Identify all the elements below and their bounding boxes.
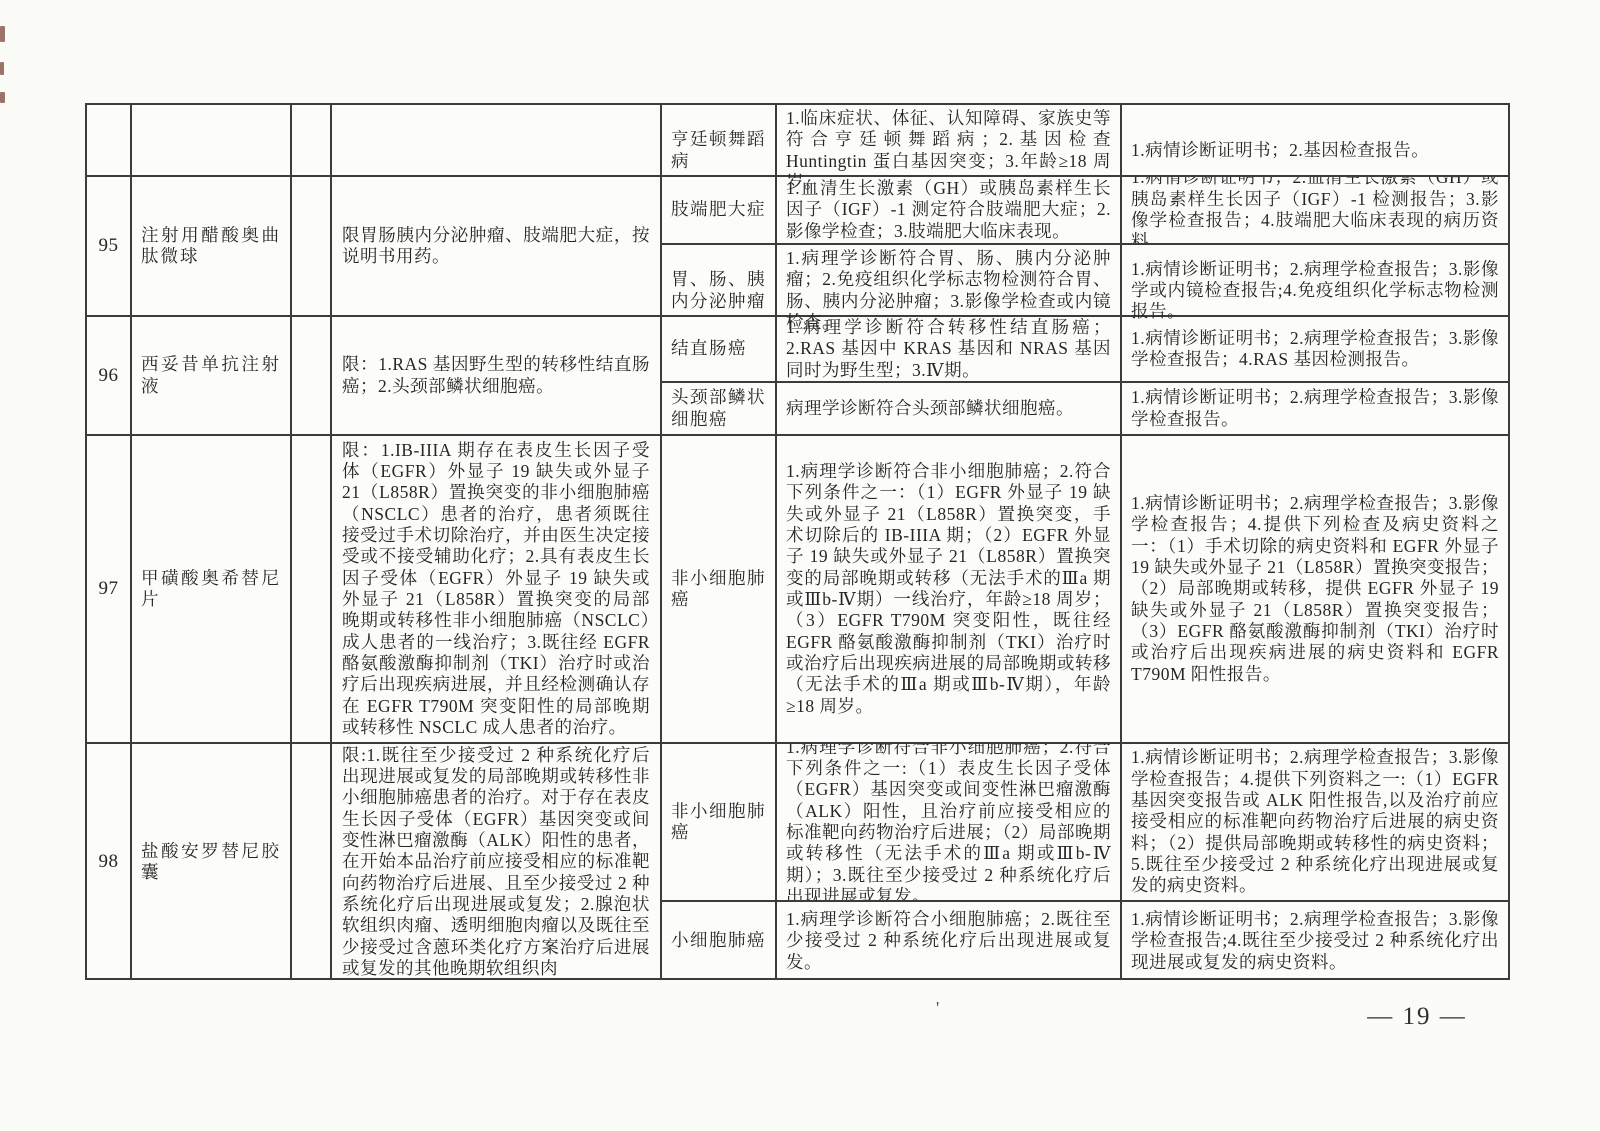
cell-empty bbox=[292, 744, 332, 980]
subrow: 非小细胞肺癌 1.病理学诊断符合非小细胞肺癌；2.符合下列条件之一：（1）EGF… bbox=[662, 436, 1508, 742]
cell-documents: 1.病情诊断证明书；2.病理学检查报告；3.影像学检查报告；4.提供下列资料之一… bbox=[1122, 744, 1508, 900]
cell-drug-name: 甲磺酸奥希替尼片 bbox=[132, 436, 292, 742]
cell-documents: 1.病情诊断证明书；2.病理学检查报告；3.影像学检查报告;4.既往至少接受过 … bbox=[1122, 902, 1508, 980]
subrow: 肢端肥大症 1.血清生长激素（GH）或胰岛素样生长因子（IGF）-1 测定符合肢… bbox=[662, 177, 1508, 245]
cell-documents: 1.病情诊断证明书；2.病理学检查报告；3.影像学检查报告。 bbox=[1122, 383, 1508, 434]
cell-empty bbox=[292, 177, 332, 315]
cell-index: 95 bbox=[87, 177, 132, 315]
subrow-group: 非小细胞肺癌 1.病理学诊断符合非小细胞肺癌；2.符合下列条件之一：（1）EGF… bbox=[662, 436, 1508, 742]
drug-reimbursement-table: 亨廷顿舞蹈病 1.临床症状、体征、认知障碍、家族史等符合亨廷顿舞蹈病；2.基因检… bbox=[85, 103, 1510, 980]
table-row-huntington: 亨廷顿舞蹈病 1.临床症状、体征、认知障碍、家族史等符合亨廷顿舞蹈病；2.基因检… bbox=[87, 105, 1508, 177]
cell-criteria: 1.血清生长激素（GH）或胰岛素样生长因子（IGF）-1 测定符合肢端肥大症；2… bbox=[777, 177, 1122, 243]
cell-empty bbox=[292, 317, 332, 434]
cell-drug-name: 盐酸安罗替尼胶囊 bbox=[132, 744, 292, 980]
scan-artifact bbox=[0, 62, 4, 75]
cell-disease: 结直肠癌 bbox=[662, 317, 777, 381]
cell-index: 96 bbox=[87, 317, 132, 434]
cell-criteria: 1.病理学诊断符合非小细胞肺癌；2.符合下列条件之一:（1）表皮生长因子受体（E… bbox=[777, 744, 1122, 900]
cell-restriction: 限：1.IB-IIIA 期存在表皮生长因子受体（EGFR）外显子 19 缺失或外… bbox=[332, 436, 662, 742]
subrow: 结直肠癌 1.病理学诊断符合转移性结直肠癌；2.RAS 基因中 KRAS 基因和… bbox=[662, 317, 1508, 383]
subrow: 小细胞肺癌 1.病理学诊断符合小细胞肺癌；2.既往至少接受过 2 种系统化疗后出… bbox=[662, 902, 1508, 980]
cell-drug-name: 注射用醋酸奥曲肽微球 bbox=[132, 177, 292, 315]
cell-disease: 非小细胞肺癌 bbox=[662, 744, 777, 900]
subrow: 非小细胞肺癌 1.病理学诊断符合非小细胞肺癌；2.符合下列条件之一:（1）表皮生… bbox=[662, 744, 1508, 902]
cell-criteria: 1.病理学诊断符合转移性结直肠癌；2.RAS 基因中 KRAS 基因和 NRAS… bbox=[777, 317, 1122, 381]
cell-criteria: 病理学诊断符合头颈部鳞状细胞癌。 bbox=[777, 383, 1122, 434]
subrow: 头颈部鳞状细胞癌 病理学诊断符合头颈部鳞状细胞癌。 1.病情诊断证明书；2.病理… bbox=[662, 383, 1508, 434]
table-row-98: 98 盐酸安罗替尼胶囊 限:1.既往至少接受过 2 种系统化疗后出现进展或复发的… bbox=[87, 744, 1508, 980]
subrow-group: 结直肠癌 1.病理学诊断符合转移性结直肠癌；2.RAS 基因中 KRAS 基因和… bbox=[662, 317, 1508, 434]
cell-index: 97 bbox=[87, 436, 132, 742]
cell-disease: 头颈部鳞状细胞癌 bbox=[662, 383, 777, 434]
subrow-group: 亨廷顿舞蹈病 1.临床症状、体征、认知障碍、家族史等符合亨廷顿舞蹈病；2.基因检… bbox=[662, 105, 1508, 175]
scan-artifact bbox=[0, 92, 5, 103]
scan-artifact bbox=[0, 26, 5, 42]
cell-index bbox=[87, 105, 132, 175]
table-row-96: 96 西妥昔单抗注射液 限：1.RAS 基因野生型的转移性结直肠癌；2.头颈部鳞… bbox=[87, 317, 1508, 436]
scanned-page: 亨廷顿舞蹈病 1.临床症状、体征、认知障碍、家族史等符合亨廷顿舞蹈病；2.基因检… bbox=[0, 0, 1600, 1131]
cell-criteria: 1.病理学诊断符合非小细胞肺癌；2.符合下列条件之一：（1）EGFR 外显子 1… bbox=[777, 436, 1122, 742]
cell-restriction: 限胃肠胰内分泌肿瘤、肢端肥大症，按说明书用药。 bbox=[332, 177, 662, 315]
scan-artifact-mark: ' bbox=[936, 998, 939, 1019]
cell-empty bbox=[292, 436, 332, 742]
cell-drug-name: 西妥昔单抗注射液 bbox=[132, 317, 292, 434]
page-number: — 19 — bbox=[1352, 1003, 1482, 1031]
subrow-group: 非小细胞肺癌 1.病理学诊断符合非小细胞肺癌；2.符合下列条件之一:（1）表皮生… bbox=[662, 744, 1508, 980]
cell-documents: 1.病情诊断证明书；2.血清生长激素（GH）或胰岛素样生长因子（IGF）-1 检… bbox=[1122, 177, 1508, 243]
cell-documents: 1.病情诊断证明书；2.病理学检查报告；3.影像学检查报告；4.RAS 基因检测… bbox=[1122, 317, 1508, 381]
cell-disease: 小细胞肺癌 bbox=[662, 902, 777, 980]
subrow-group: 肢端肥大症 1.血清生长激素（GH）或胰岛素样生长因子（IGF）-1 测定符合肢… bbox=[662, 177, 1508, 315]
table-row-95: 95 注射用醋酸奥曲肽微球 限胃肠胰内分泌肿瘤、肢端肥大症，按说明书用药。 肢端… bbox=[87, 177, 1508, 317]
cell-index: 98 bbox=[87, 744, 132, 980]
cell-documents: 1.病情诊断证明书；2.病理学检查报告；3.影像学检查报告；4.提供下列检查及病… bbox=[1122, 436, 1508, 742]
cell-disease: 肢端肥大症 bbox=[662, 177, 777, 243]
cell-empty bbox=[292, 105, 332, 175]
cell-restriction: 限：1.RAS 基因野生型的转移性结直肠癌；2.头颈部鳞状细胞癌。 bbox=[332, 317, 662, 434]
cell-drug-name bbox=[132, 105, 292, 175]
cell-restriction bbox=[332, 105, 662, 175]
table-row-97: 97 甲磺酸奥希替尼片 限：1.IB-IIIA 期存在表皮生长因子受体（EGFR… bbox=[87, 436, 1508, 744]
cell-criteria: 1.病理学诊断符合小细胞肺癌；2.既往至少接受过 2 种系统化疗后出现进展或复发… bbox=[777, 902, 1122, 980]
cell-disease: 非小细胞肺癌 bbox=[662, 436, 777, 742]
cell-restriction: 限:1.既往至少接受过 2 种系统化疗后出现进展或复发的局部晚期或转移性非小细胞… bbox=[332, 744, 662, 980]
